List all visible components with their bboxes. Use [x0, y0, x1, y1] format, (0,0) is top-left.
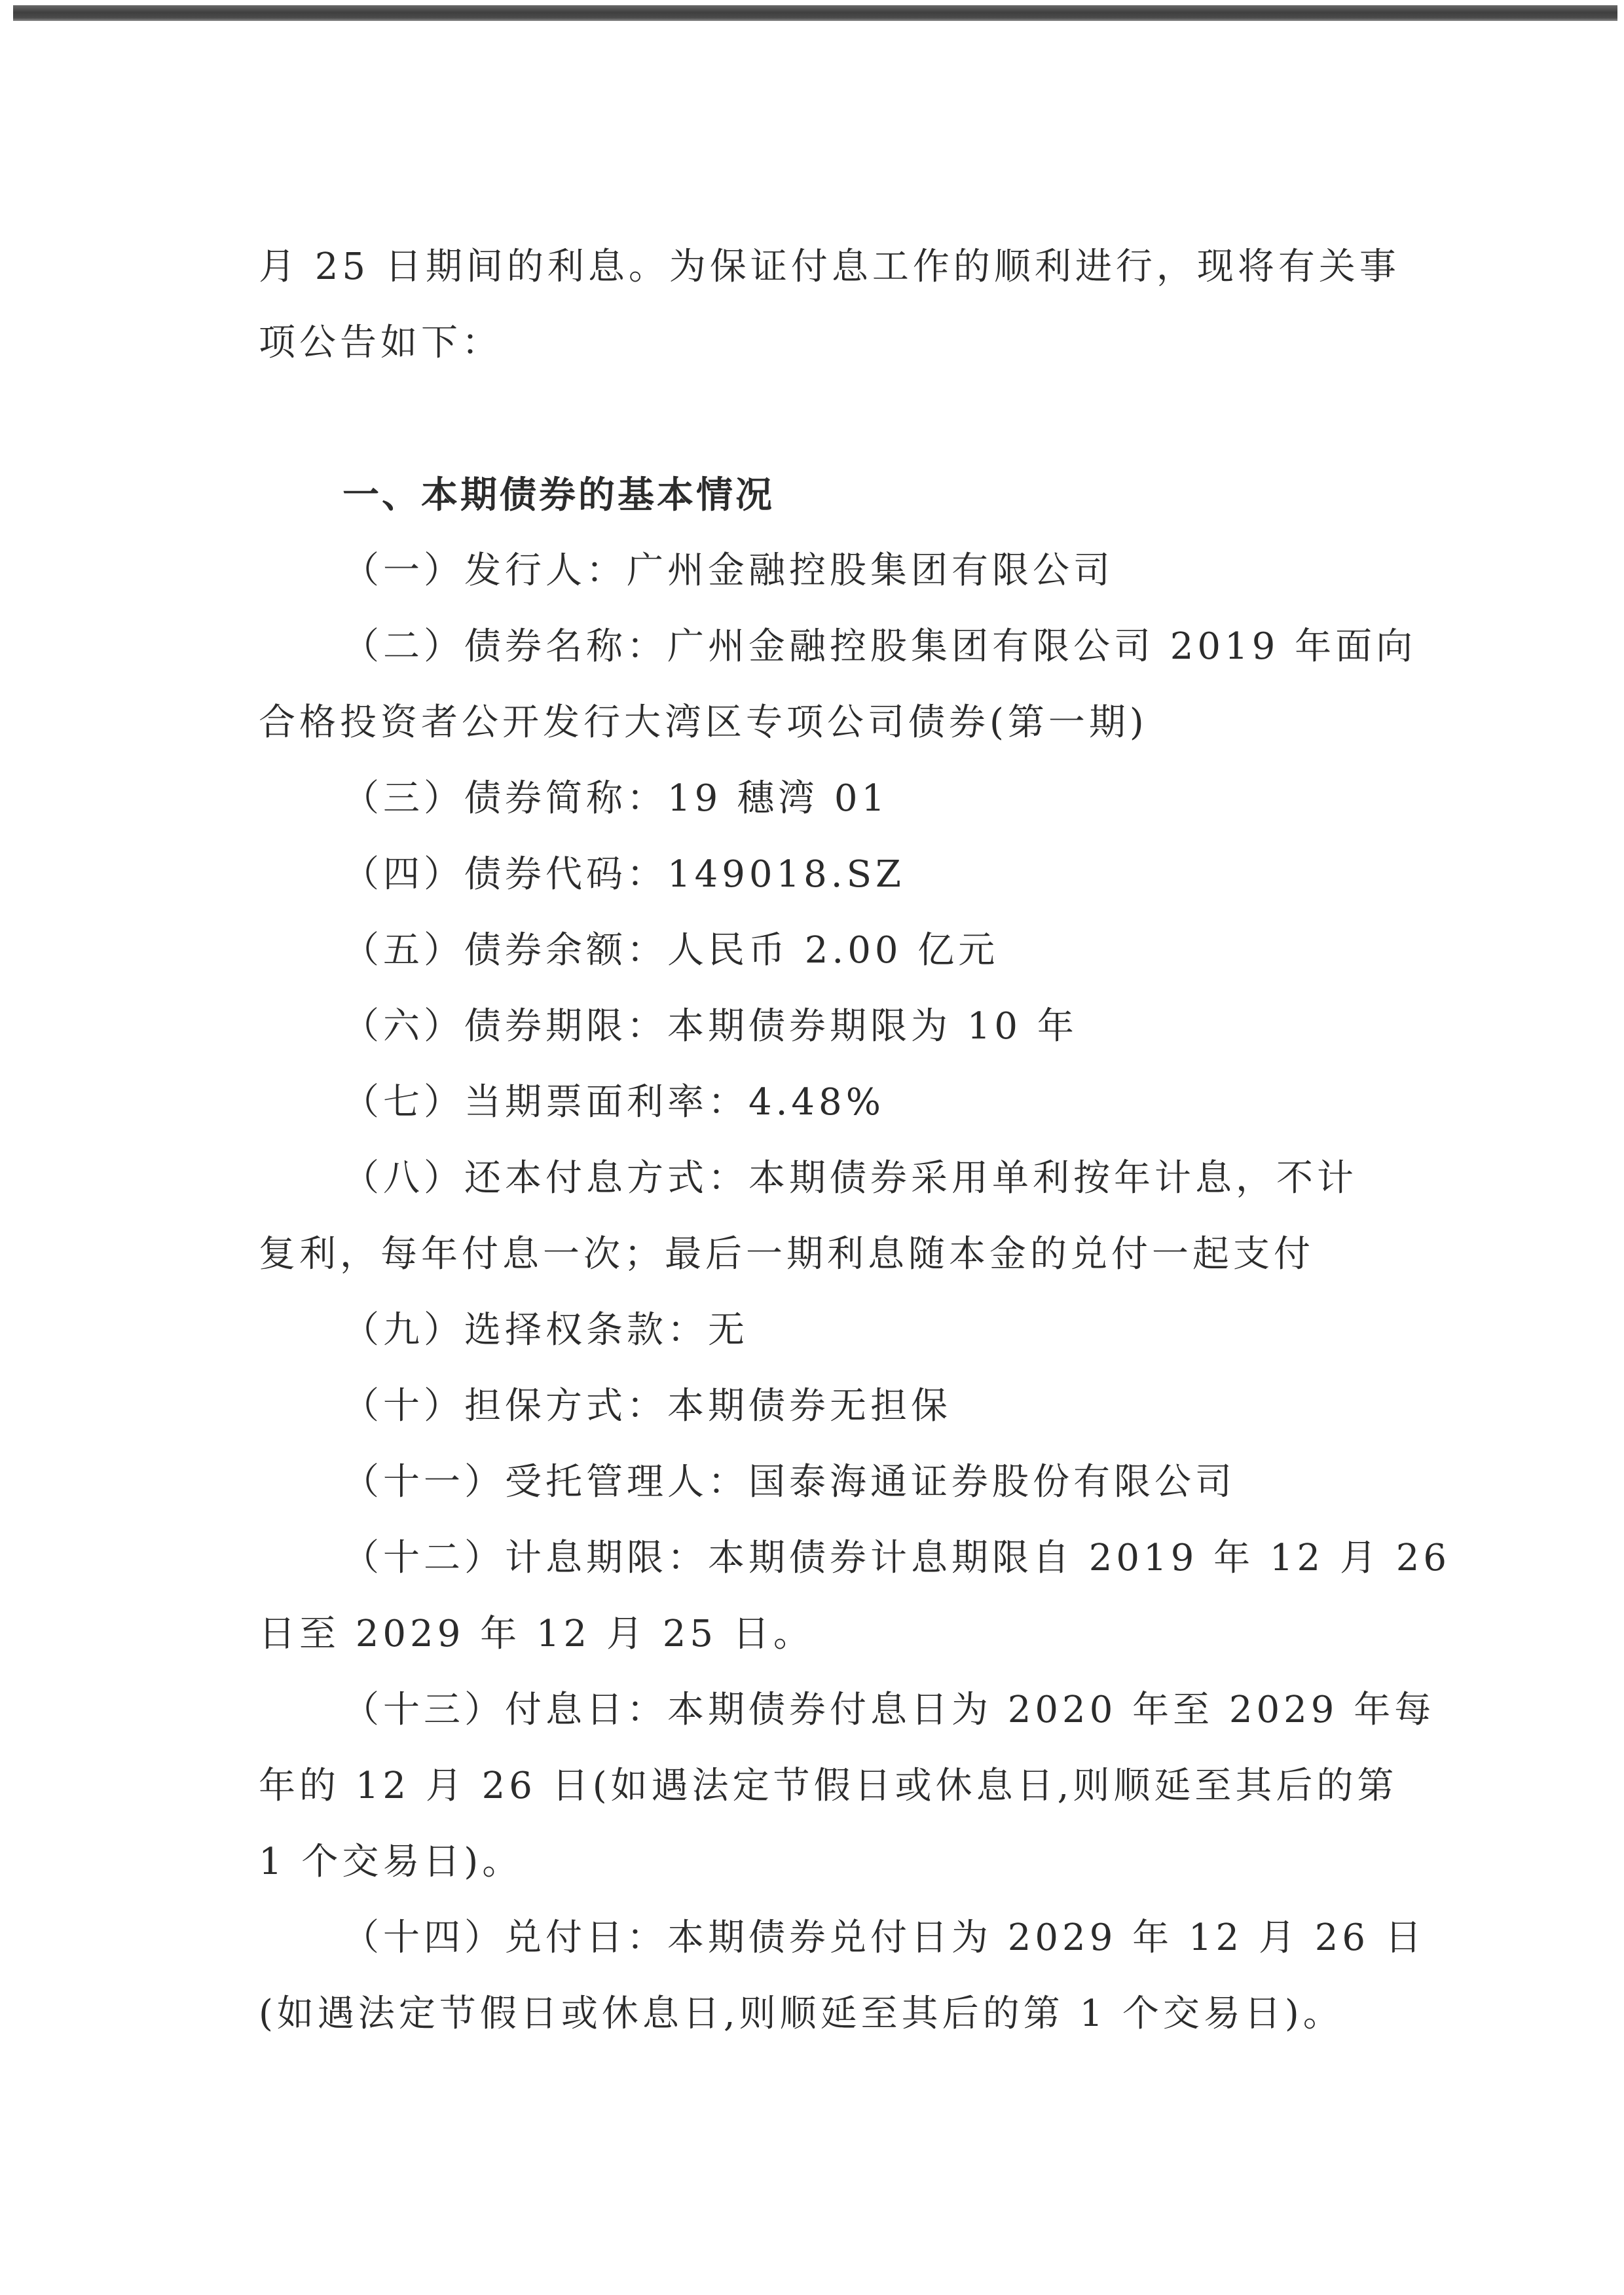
item-label: （二）债券名称：	[342, 625, 667, 668]
item-value: 149018.SZ	[667, 853, 905, 896]
item-label: （三）债券简称：	[342, 777, 667, 820]
item-value: 本期债券采用单利按年计息，不计	[748, 1157, 1357, 1200]
item-label: （八）还本付息方式：	[342, 1157, 748, 1200]
scan-border-bar	[13, 5, 1617, 21]
item-repayment-method: （八）还本付息方式：本期债券采用单利按年计息，不计	[259, 1141, 1385, 1217]
item-bond-term: （六）债券期限：本期债券期限为 10 年	[259, 989, 1385, 1065]
item-value: 人民币 2.00 亿元	[667, 929, 999, 972]
item-value: 国泰海通证券股份有限公司	[748, 1461, 1236, 1503]
item-bond-name: （二）债券名称：广州金融控股集团有限公司 2019 年面向	[259, 609, 1385, 685]
item-value: 无	[708, 1309, 748, 1351]
item-label: （十一）受托管理人：	[342, 1461, 748, 1503]
item-redemption-date: （十四）兑付日：本期债券兑付日为 2029 年 12 月 26 日	[259, 1900, 1385, 1976]
item-interest-period: （十二）计息期限：本期债券计息期限自 2019 年 12 月 26	[259, 1520, 1385, 1596]
item-label: （五）债券余额：	[342, 929, 667, 972]
item-bond-code: （四）债券代码：149018.SZ	[259, 837, 1385, 913]
intro-line-2: 项公告如下：	[259, 305, 1385, 381]
item-repayment-method-cont: 复利，每年付息一次；最后一期利息随本金的兑付一起支付	[259, 1217, 1385, 1293]
item-label: （四）债券代码：	[342, 853, 667, 896]
item-value: 本期债券付息日为 2020 年至 2029 年每	[667, 1689, 1435, 1731]
item-issuer: （一）发行人：广州金融控股集团有限公司	[259, 533, 1385, 609]
item-interest-payment-date-cont-1: 年的 12 月 26 日(如遇法定节假日或休息日,则顺延至其后的第	[259, 1748, 1385, 1824]
item-value: 4.48%	[748, 1081, 885, 1124]
item-coupon-rate: （七）当期票面利率：4.48%	[259, 1065, 1385, 1141]
item-bond-balance: （五）债券余额：人民币 2.00 亿元	[259, 913, 1385, 989]
item-label: （十三）付息日：	[342, 1689, 667, 1731]
item-interest-period-cont: 日至 2029 年 12 月 25 日。	[259, 1596, 1385, 1672]
item-label: （六）债券期限：	[342, 1005, 667, 1048]
item-label: （十四）兑付日：	[342, 1917, 667, 1959]
item-value: 广州金融控股集团有限公司 2019 年面向	[667, 625, 1416, 668]
item-value: 本期债券期限为 10 年	[667, 1005, 1078, 1048]
intro-line-1: 月 25 日期间的利息。为保证付息工作的顺利进行，现将有关事	[259, 229, 1385, 305]
item-label: （十二）计息期限：	[342, 1537, 708, 1579]
item-value: 19 穗湾 01	[667, 777, 889, 820]
document-page: 月 25 日期间的利息。为保证付息工作的顺利进行，现将有关事 项公告如下： 一、…	[259, 229, 1385, 2052]
item-trustee: （十一）受托管理人：国泰海通证券股份有限公司	[259, 1444, 1385, 1520]
item-label: （七）当期票面利率：	[342, 1081, 748, 1124]
item-interest-payment-date: （十三）付息日：本期债券付息日为 2020 年至 2029 年每	[259, 1672, 1385, 1748]
item-label: （一）发行人：	[342, 549, 627, 592]
item-value: 本期债券无担保	[667, 1385, 951, 1427]
item-value: 广州金融控股集团有限公司	[627, 549, 1114, 592]
item-bond-short-name: （三）债券简称：19 穗湾 01	[259, 761, 1385, 837]
item-interest-payment-date-cont-2: 1 个交易日)。	[259, 1824, 1385, 1900]
item-bond-name-cont: 合格投资者公开发行大湾区专项公司债券(第一期)	[259, 685, 1385, 761]
item-option-clause: （九）选择权条款：无	[259, 1293, 1385, 1368]
item-guarantee: （十）担保方式：本期债券无担保	[259, 1368, 1385, 1444]
section-heading: 一、本期债券的基本情况	[259, 457, 1385, 533]
item-value: 本期债券计息期限自 2019 年 12 月 26	[708, 1537, 1450, 1579]
item-label: （十）担保方式：	[342, 1385, 667, 1427]
item-redemption-date-cont: (如遇法定节假日或休息日,则顺延至其后的第 1 个交易日)。	[259, 1976, 1385, 2052]
item-value: 本期债券兑付日为 2029 年 12 月 26 日	[667, 1917, 1426, 1959]
item-label: （九）选择权条款：	[342, 1309, 708, 1351]
